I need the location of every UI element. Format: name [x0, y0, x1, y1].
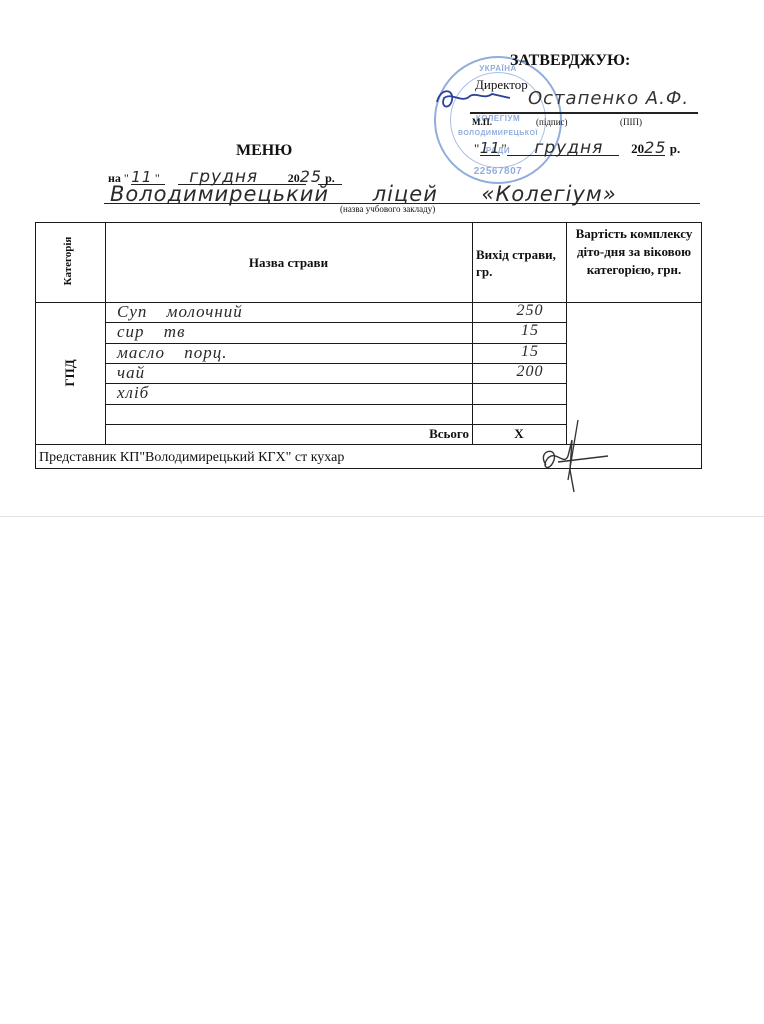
seal-label: М.П. — [472, 117, 492, 127]
menu-title: МЕНЮ — [236, 142, 292, 160]
header-dish: Назва страви — [105, 255, 472, 271]
dish-output: 200 — [495, 363, 565, 381]
director-name: Остапенко А.Ф. — [528, 88, 689, 109]
header-category: Категорія — [62, 226, 74, 296]
stamp-code: 22567807 — [436, 166, 560, 177]
signature-label: (підпис) — [536, 117, 568, 127]
stamp-line-2: ВОЛОДИМИРЕЦЬКОЇ — [436, 130, 560, 137]
dish-output: 15 — [495, 322, 565, 340]
dish-name: Суп молочний — [117, 302, 243, 322]
total-label: Всього — [105, 426, 469, 442]
dish-name: чай — [117, 363, 145, 383]
dish-name: масло порц. — [117, 343, 228, 363]
dish-name: сир тв — [117, 322, 185, 342]
approval-year-prefix: 20 — [631, 141, 644, 156]
header-cost: Вартість комплексу діто-дня за віковою к… — [568, 225, 700, 279]
institution-label: (назва учбового закладу) — [340, 204, 435, 214]
approval-date-suffix: р. — [670, 141, 680, 156]
name-label: (ПІП) — [620, 117, 642, 127]
cook-signature — [528, 410, 618, 500]
dish-name: хліб — [117, 383, 149, 403]
approval-title: ЗАТВЕРДЖУЮ: — [510, 52, 630, 70]
footer-representative: Представник КП"Володимирецький КГХ" ст к… — [39, 450, 344, 466]
dish-output: 250 — [495, 302, 565, 320]
director-signature — [432, 84, 512, 114]
dish-output: 15 — [495, 343, 565, 361]
scan-fold-line — [0, 516, 764, 517]
category-cell: ГПД — [62, 358, 78, 388]
header-output: Вихід страви, гр. — [476, 246, 564, 280]
